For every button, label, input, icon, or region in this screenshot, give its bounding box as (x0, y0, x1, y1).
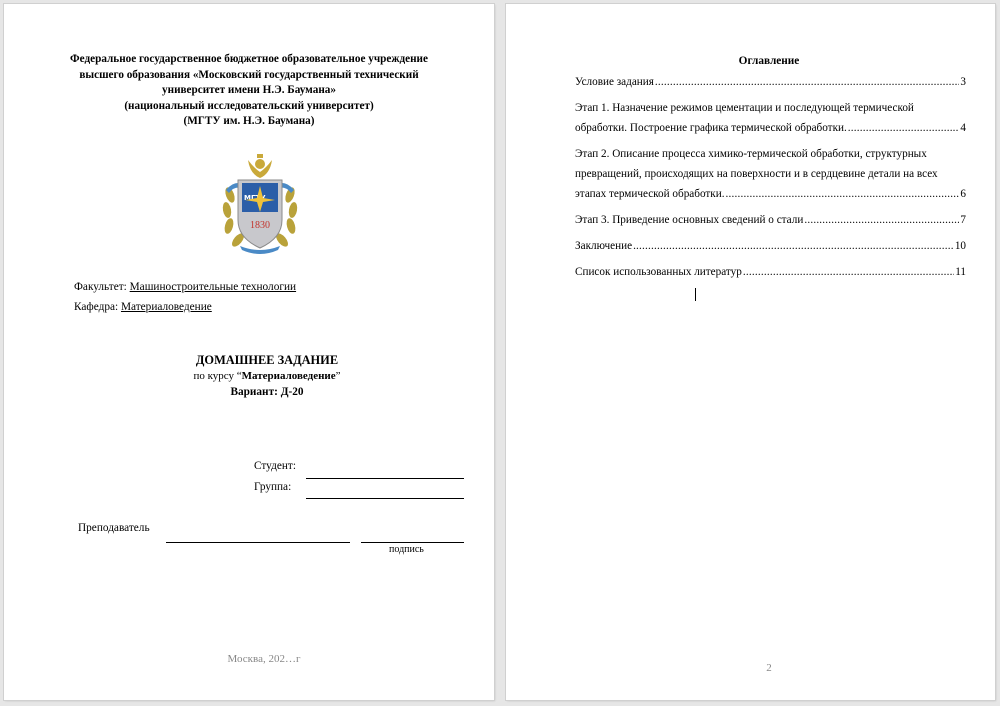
document-title: ДОМАШНЕЕ ЗАДАНИЕ (84, 352, 450, 369)
toc-leader (848, 118, 960, 138)
toc-leader (633, 236, 954, 256)
text-cursor (695, 288, 696, 301)
toc-leader (743, 262, 954, 282)
toc-entry[interactable]: Условие задания3 (575, 72, 966, 92)
toc-entry[interactable]: Этап 3. Приведение основных сведений о с… (575, 210, 966, 230)
toc-entry-text: Заключение (575, 236, 632, 256)
faculty-line: Факультет: Машиностроительные технологии (74, 281, 296, 293)
toc-leader (726, 184, 960, 204)
toc-page-number: 4 (960, 118, 966, 138)
teacher-label: Преподаватель (78, 522, 150, 534)
page-number: 2 (506, 662, 1000, 674)
toc-leader (655, 72, 959, 92)
faculty-label: Факультет: (74, 281, 127, 293)
signature-line (361, 542, 464, 543)
toc-entry-text: Этап 2. Описание процесса химико-термиче… (575, 144, 966, 164)
org-line: (национальный исследовательский универси… (0, 99, 514, 115)
toc-entry[interactable]: Заключение10 (575, 236, 966, 256)
city-year-footer: Москва, 202…г (4, 653, 524, 665)
svg-text:1830: 1830 (250, 220, 270, 231)
student-label: Студент: (254, 460, 296, 472)
bmstu-emblem-icon: МГТУ 1830 (220, 150, 300, 258)
course-name: Материаловедение (242, 370, 336, 382)
department-label: Кафедра: (74, 301, 118, 313)
page-1-title-page: Федеральное государственное бюджетное об… (4, 4, 494, 700)
toc-entry[interactable]: Этап 2. Описание процесса химико-термиче… (575, 144, 966, 204)
course-prefix: по курсу “ (193, 370, 241, 382)
org-line: Федеральное государственное бюджетное об… (0, 52, 514, 68)
toc-page-number: 6 (960, 184, 966, 204)
faculty-value: Машиностроительные технологии (130, 281, 296, 293)
page-2-contents: Оглавление Условие задания3 Этап 1. Назн… (506, 4, 995, 700)
student-line (306, 478, 464, 479)
toc-entry-text: Этап 3. Приведение основных сведений о с… (575, 210, 803, 230)
toc-entry-text: Список использованных литератур (575, 262, 742, 282)
org-line: университет имени Н.Э. Баумана» (0, 83, 514, 99)
department-line: Кафедра: Материаловедение (74, 301, 212, 313)
course-line: по курсу “Материаловедение” (84, 369, 450, 384)
organization-header: Федеральное государственное бюджетное об… (0, 52, 514, 130)
variant: Вариант: Д-20 (84, 384, 450, 400)
toc-entry[interactable]: Список использованных литератур 11 (575, 262, 966, 282)
toc-entry-text: Условие задания (575, 72, 654, 92)
group-label: Группа: (254, 481, 291, 493)
teacher-name-line (166, 542, 350, 543)
title-block: ДОМАШНЕЕ ЗАДАНИЕ по курсу “Материаловеде… (84, 352, 450, 400)
toc-entry[interactable]: Этап 1. Назначение режимов цементации и … (575, 98, 966, 138)
toc-entry-text: Этап 1. Назначение режимов цементации и … (575, 98, 966, 118)
course-suffix: ” (336, 370, 341, 382)
group-line (306, 498, 464, 499)
toc-leader (804, 210, 959, 230)
signature-label: подпись (389, 544, 424, 555)
toc-entry-text: обработки. Построение графика термическо… (575, 118, 847, 138)
table-of-contents: Условие задания3 Этап 1. Назначение режи… (575, 72, 966, 288)
toc-page-number: 11 (955, 262, 966, 282)
org-line: (МГТУ им. Н.Э. Баумана) (0, 114, 514, 130)
toc-entry-text: превращений, происходящих на поверхности… (575, 164, 966, 184)
toc-page-number: 3 (960, 72, 966, 92)
toc-page-number: 7 (960, 210, 966, 230)
org-line: высшего образования «Московский государс… (0, 68, 514, 84)
toc-title: Оглавление (506, 55, 1000, 67)
department-value: Материаловедение (121, 301, 212, 313)
toc-page-number: 10 (955, 236, 966, 256)
toc-entry-text: этапах термической обработки. (575, 184, 725, 204)
